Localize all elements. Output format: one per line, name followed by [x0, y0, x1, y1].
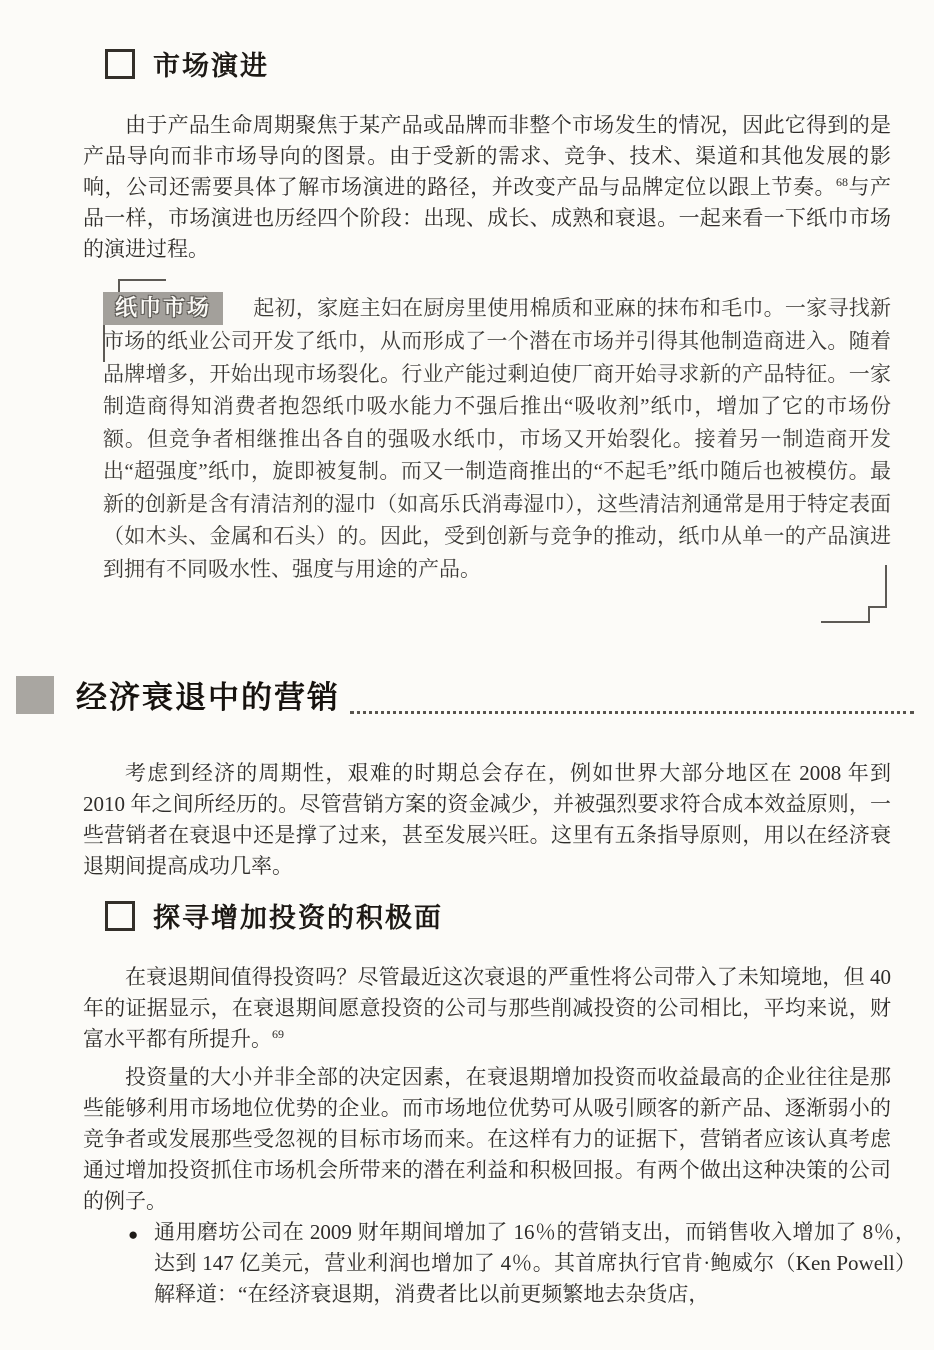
subsection-title: 探寻增加投资的积极面 [153, 896, 443, 935]
paragraph-invest-evidence: 在衰退期间值得投资吗？尽管最近这次衰退的严重性将公司带入了未知境地，但 40 年… [83, 962, 891, 1055]
subsection-title: 市场演进 [153, 44, 269, 83]
section-header-recession-marketing: 经济衰退中的营销 [16, 672, 914, 717]
bullet-text: 通用磨坊公司在 2009 财年期间增加了 16％的营销支出，而销售收入增加了 8… [154, 1220, 916, 1306]
section-title: 经济衰退中的营销 [76, 672, 340, 717]
vignette-box-paper-towel-market: 纸巾市场起初，家庭主妇在厨房里使用棉质和亚麻的抹布和毛巾。一家寻找新市场的纸业公… [103, 292, 891, 585]
footnote-ref-68: 68 [836, 175, 848, 189]
bullet-item-general-mills: ●通用磨坊公司在 2009 财年期间增加了 16％的营销支出，而销售收入增加了 … [128, 1217, 916, 1310]
subsection-header-market-evolution: 市场演进 [105, 44, 269, 83]
paragraph-recession-intro: 考虑到经济的周期性，艰难的时期总会存在，例如世界大部分地区在 2008 年到 2… [83, 758, 891, 882]
paragraph-text: 由于产品生命周期聚焦于某产品或品牌而非整个市场发生的情况，因此它得到的是产品导向… [83, 113, 891, 199]
vignette-text: 起初，家庭主妇在厨房里使用棉质和亚麻的抹布和毛巾。一家寻找新市场的纸业公司开发了… [103, 296, 891, 581]
bullet-icon: ● [128, 1219, 138, 1250]
open-square-icon [105, 901, 135, 931]
subsection-header-invest-upside: 探寻增加投资的积极面 [105, 896, 443, 935]
vignette-label: 纸巾市场 [103, 292, 223, 325]
paragraph-text: 在衰退期间值得投资吗？尽管最近这次衰退的严重性将公司带入了未知境地，但 40 年… [83, 965, 891, 1051]
open-square-icon [105, 49, 135, 79]
book-page: 市场演进 由于产品生命周期聚焦于某产品或品牌而非整个市场发生的情况，因此它得到的… [0, 0, 934, 1350]
dotted-rule [350, 711, 914, 714]
paragraph-text: 考虑到经济的周期性，艰难的时期总会存在，例如世界大部分地区在 2008 年到 2… [83, 761, 891, 878]
paragraph-market-evolution: 由于产品生命周期聚焦于某产品或品牌而非整个市场发生的情况，因此它得到的是产品导向… [83, 110, 891, 265]
paragraph-text: 投资量的大小并非全部的决定因素，在衰退期增加投资而收益最高的企业往往是那些能够利… [83, 1065, 891, 1213]
paragraph-invest-amount: 投资量的大小并非全部的决定因素，在衰退期增加投资而收益最高的企业往往是那些能够利… [83, 1062, 891, 1217]
vignette-paragraph: 纸巾市场起初，家庭主妇在厨房里使用棉质和亚麻的抹布和毛巾。一家寻找新市场的纸业公… [103, 292, 891, 585]
filled-square-icon [16, 676, 54, 714]
footnote-ref-69: 69 [272, 1027, 284, 1041]
